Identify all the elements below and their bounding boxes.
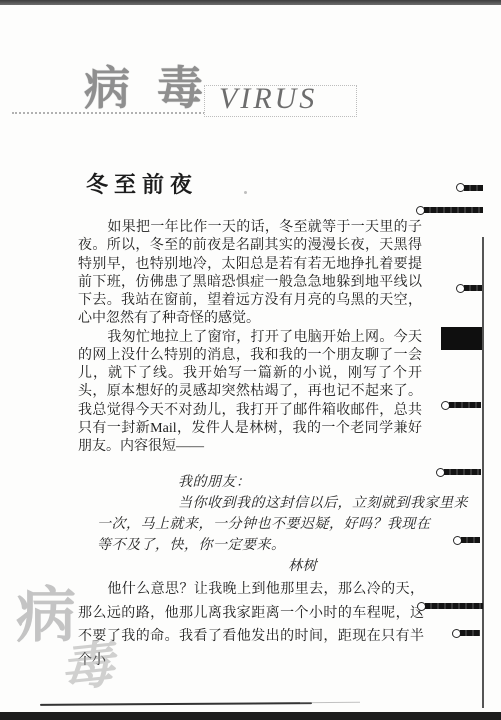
paragraph-1: 如果把一年比作一天的话，冬至就等于一天里的子夜。所以，冬至的前夜是名副其实的漫漫…	[78, 219, 422, 329]
paragraph-3: 他什么意思？让我晚上到他那里去，那么冷的天，那么远的路，他那儿离我家距离一个小时…	[78, 578, 424, 672]
header-dotted-rule	[12, 112, 205, 114]
scan-artifact-line-tail	[300, 702, 360, 703]
edge-mark-bar	[464, 285, 483, 291]
paragraph-2: 我匆忙地拉上了窗帘，打开了电脑开始上网。今天的网上没什么特别的消息，我和我的一个…	[78, 329, 422, 457]
letter-line-3: 等不及了，快，你一定要来。	[97, 534, 286, 554]
edge-vertical-line	[482, 237, 484, 708]
book-title-english: VIRUS	[219, 82, 317, 116]
watermark-char-top: 病	[16, 568, 76, 654]
virus-title-box: VIRUS	[204, 85, 357, 117]
letter-line-2: 一次，马上就来，一分钟也不要迟疑，好吗？我现在	[97, 513, 431, 533]
letter-line-1: 当你收到我的这封信以后，立刻就到我家里来	[178, 492, 468, 512]
edge-mark-bar	[449, 402, 481, 408]
edge-mark-bar	[464, 185, 483, 191]
top-scan-bar	[0, 0, 501, 5]
watermark-char-bottom: 毒	[60, 621, 124, 701]
edge-mark-bar	[444, 469, 481, 475]
body-text-block: 如果把一年比作一天的话，冬至就等于一天里的子夜。所以，冬至的前夜是名副其实的漫漫…	[78, 219, 422, 456]
bottom-scan-bar	[0, 712, 501, 720]
edge-mark-bar	[460, 630, 480, 636]
scanned-book-page: 病毒 VIRUS 冬至前夜 如果把一年比作一天的话，冬至就等于一天里的子夜。所以…	[0, 0, 501, 720]
letter-salutation: 我的朋友：	[178, 471, 251, 491]
edge-tab-black	[441, 327, 483, 350]
scan-artifact-line	[40, 702, 312, 706]
scan-noise-speck	[244, 191, 247, 194]
chapter-title: 冬至前夜	[86, 168, 198, 199]
edge-mark-bar	[424, 207, 483, 213]
edge-mark-bar	[461, 537, 480, 543]
letter-signature: 林树	[288, 555, 317, 575]
edge-mark-bar	[425, 603, 483, 609]
